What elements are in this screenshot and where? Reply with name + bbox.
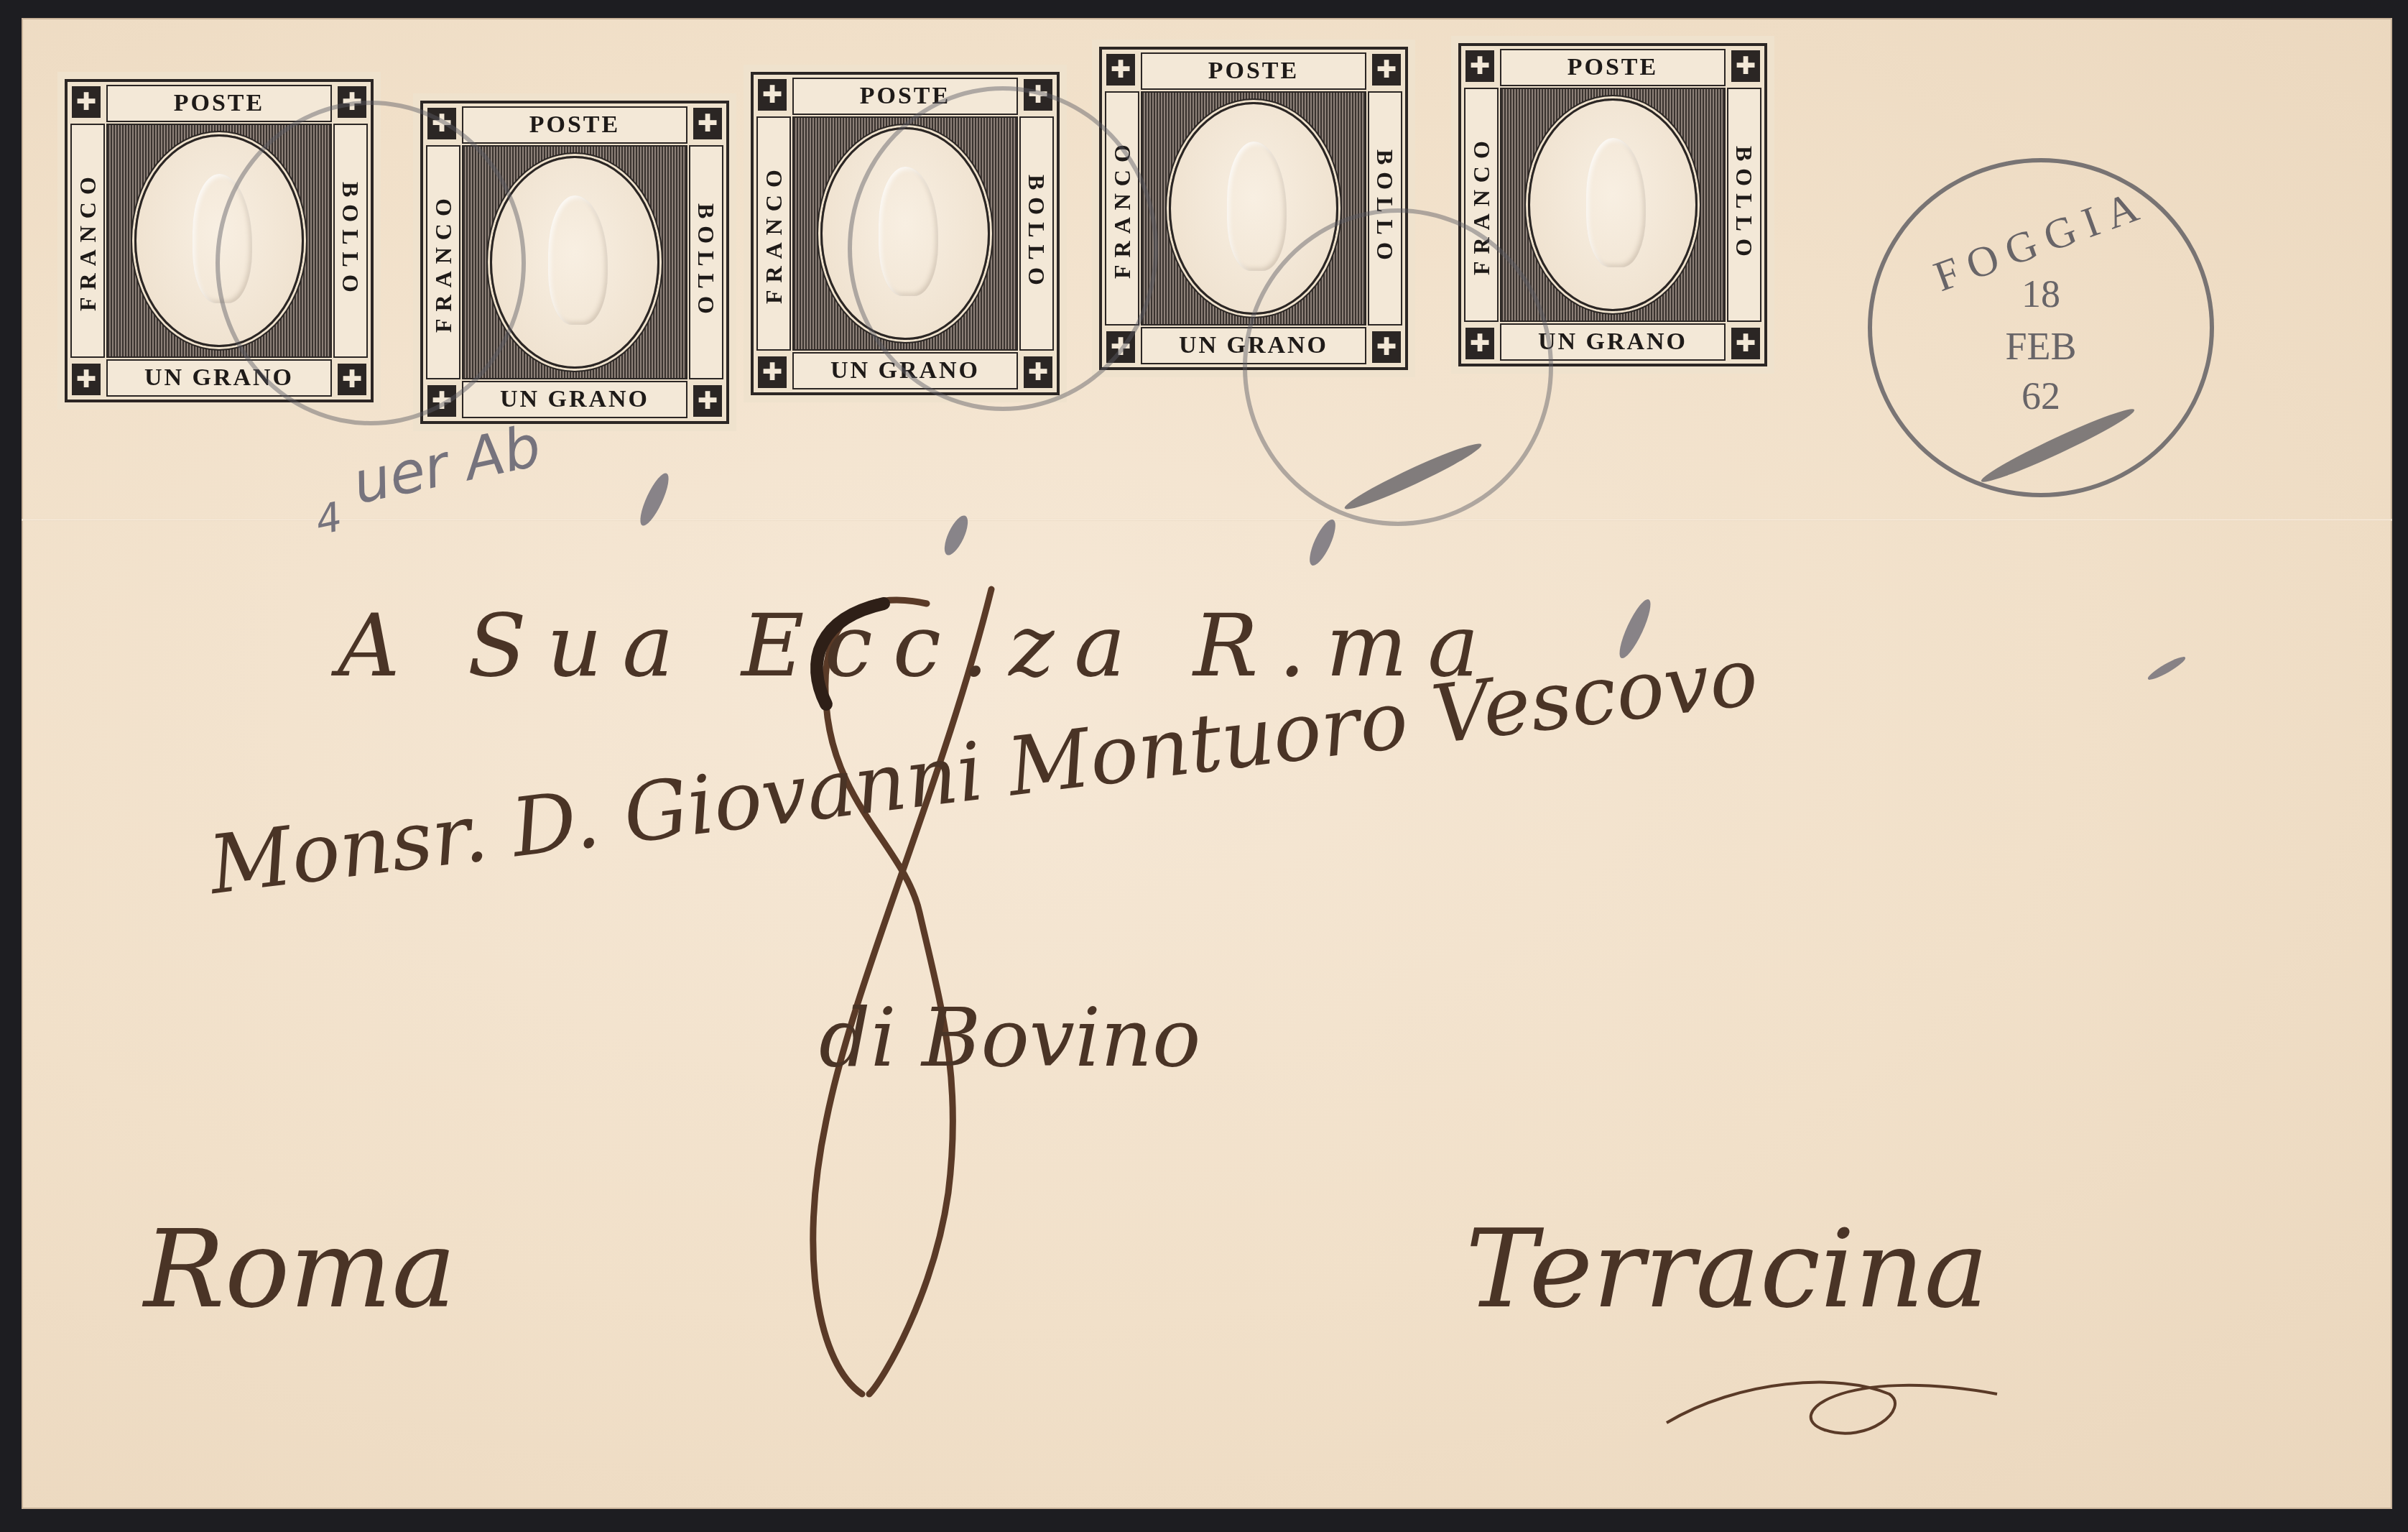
stamp-label-top: POSTE	[1141, 52, 1366, 90]
postmark-year: 62	[1872, 374, 2210, 418]
savoy-cross-icon: ✚	[1731, 328, 1760, 359]
foggia-postmark: FOGGIA 18 FEB 62	[1868, 158, 2214, 497]
stamp-label-top: POSTE	[106, 85, 332, 122]
savoy-cross-icon: ✚	[72, 86, 101, 118]
savoy-cross-icon: ✚	[693, 385, 722, 417]
savoy-cross-icon: ✚	[1465, 50, 1494, 82]
fold-line	[22, 519, 2392, 521]
savoy-cross-icon: ✚	[1106, 54, 1135, 86]
savoy-cross-icon: ✚	[1372, 54, 1401, 86]
postmark-ornament	[1341, 438, 1485, 516]
savoy-cross-icon: ✚	[758, 356, 787, 388]
stamp-label-top: POSTE	[1500, 49, 1726, 86]
stamp-label-value: UN GRANO	[462, 381, 687, 418]
cancellation-postmark	[848, 86, 1158, 411]
stamp-label-right: BOLLO	[689, 145, 723, 379]
stamp-label-top: POSTE	[462, 106, 687, 144]
postmark-month: FEB	[1872, 324, 2210, 369]
embossed-king-head	[1227, 142, 1287, 271]
manuscript-rate-mark: 8	[776, 575, 1020, 1401]
stamp-vignette	[1500, 88, 1726, 322]
address-destination-city: Terracina	[1465, 1207, 1988, 1332]
address-salutation: A Sua Ecc.za R.ma	[338, 596, 1499, 696]
stamp-label-left: FRANCO	[756, 116, 791, 351]
stamp-label-left: FRANCO	[70, 124, 105, 358]
address-diocese: di Bovino	[819, 992, 1201, 1085]
savoy-cross-icon: ✚	[693, 108, 722, 139]
cancellation-postmark	[216, 101, 526, 425]
savoy-cross-icon: ✚	[1731, 50, 1760, 82]
cancellation-postmark	[1243, 208, 1553, 526]
embossed-king-head	[548, 195, 608, 325]
stamp-label-right: BOLLO	[1727, 88, 1761, 322]
savoy-cross-icon: ✚	[758, 79, 787, 111]
savoy-cross-icon: ✚	[72, 364, 101, 395]
address-via-city: Roma	[144, 1207, 456, 1332]
embossed-king-head	[1586, 138, 1646, 267]
underline-flourish	[1652, 1351, 2011, 1452]
postmark-day: 18	[1872, 272, 2210, 316]
